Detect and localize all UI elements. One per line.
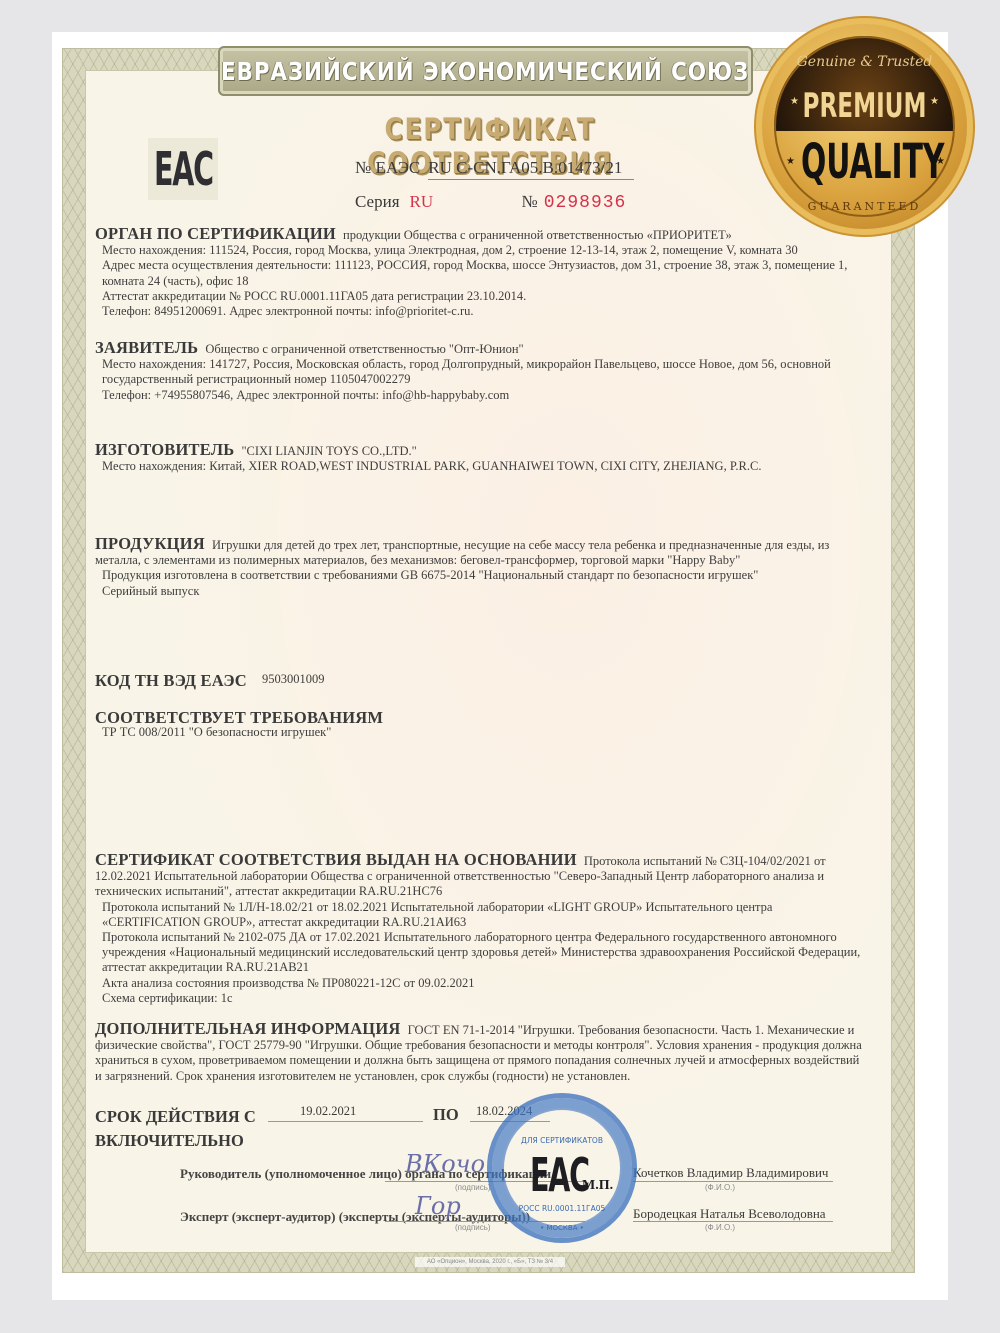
head-name: Кочетков Владимир Владимирович (633, 1165, 828, 1181)
heading-basis: СЕРТИФИКАТ СООТВЕТСТВИЯ ВЫДАН НА ОСНОВАН… (95, 850, 577, 869)
requirements-value: ТР ТС 008/2011 "О безопасности игрушек" (95, 725, 865, 740)
product-standard: Продукция изготовлена в соответствии с т… (95, 568, 865, 583)
reg-value: RU C-CN.ГА05.В.01473/21 (428, 158, 634, 180)
series-number: Серия RU № 0298936 (355, 192, 626, 213)
section-requirements: СООТВЕТСТВУЕТ ТРЕБОВАНИЯМ ТР ТС 008/2011… (95, 710, 865, 740)
certification-body-activity-address: Адрес места осуществления деятельности: … (95, 258, 865, 288)
basis-protocol-3: Протокола испытаний № 2102-075 ДА от 17.… (95, 930, 865, 976)
product-production-type: Серийный выпуск (95, 584, 865, 599)
premium-quality-badge: Genuine & Trusted PREMIUM QUALITY GUARAN… (762, 24, 967, 229)
official-stamp: ДЛЯ СЕРТИФИКАТОВ EAC М.П. РОСС RU.0001.1… (487, 1093, 637, 1243)
head-signature: ВКочо (405, 1150, 485, 1178)
star-icon: ★ (930, 96, 939, 107)
star-icon: ★ (786, 156, 795, 167)
applicant-name: Общество с ограниченной ответственностью… (205, 342, 523, 356)
validity-label: СРОК ДЕЙСТВИЯ С ВКЛЮЧИТЕЛЬНО (95, 1105, 256, 1153)
printer-imprint: АО «Опцион», Москва, 2020 г., «Б», ТЗ № … (415, 1257, 565, 1267)
section-hs-code: КОД ТН ВЭД ЕАЭС 9503001009 (95, 672, 865, 690)
badge-quality: QUALITY (801, 138, 928, 186)
manufacturer-name: "CIXI LIANJIN TOYS CO.,LTD." (241, 444, 416, 458)
heading-requirements: СООТВЕТСТВУЕТ ТРЕБОВАНИЯМ (95, 710, 865, 725)
basis-protocol-2: Протокола испытаний № 1Л/Н-18.02/21 от 1… (95, 900, 865, 930)
eac-logo-icon: EAC (148, 138, 218, 200)
signature-caption: (подпись) (455, 1183, 491, 1192)
manufacturer-address: Место нахождения: Китай, XIER ROAD,WEST … (95, 459, 865, 474)
heading-manufacturer: ИЗГОТОВИТЕЛЬ (95, 440, 234, 459)
star-icon: ★ (790, 96, 799, 107)
section-additional-info: ДОПОЛНИТЕЛЬНАЯ ИНФОРМАЦИЯ ГОСТ EN 71-1-2… (95, 1021, 865, 1084)
badge-guaranteed: GUARANTEED (762, 200, 967, 213)
certification-body-address: Место нахождения: 111524, Россия, город … (95, 243, 865, 258)
applicant-address: Место нахождения: 141727, Россия, Москов… (95, 357, 865, 387)
expert-name: Бородецкая Наталья Всеволодовна (633, 1206, 826, 1222)
heading-additional-info: ДОПОЛНИТЕЛЬНАЯ ИНФОРМАЦИЯ (95, 1019, 401, 1038)
stamp-eac-icon: EAC (530, 1148, 589, 1202)
badge-premium: PREMIUM (795, 86, 934, 126)
number-value: 0298936 (544, 193, 627, 213)
certification-body-accreditation: Аттестат аккредитации № РОСС RU.0001.11Г… (95, 289, 865, 304)
star-icon: ★ (936, 156, 945, 167)
registration-number: № ЕАЭС RU C-CN.ГА05.В.01473/21 (355, 158, 634, 180)
name-caption: (Ф.И.О.) (705, 1183, 735, 1192)
certification-body-contacts: Телефон: 84951200691. Адрес электронной … (95, 304, 865, 319)
series-label: Серия (355, 192, 400, 212)
section-manufacturer: ИЗГОТОВИТЕЛЬ "CIXI LIANJIN TOYS CO.,LTD.… (95, 442, 865, 474)
expert-signature: Гор (415, 1192, 461, 1220)
validity-to-label: ПО (433, 1105, 459, 1125)
section-applicant: ЗАЯВИТЕЛЬ Общество с ограниченной ответс… (95, 340, 865, 403)
section-basis: СЕРТИФИКАТ СООТВЕТСТВИЯ ВЫДАН НА ОСНОВАН… (95, 852, 865, 1006)
certification-body-name: продукции Общества с ограниченной ответс… (343, 228, 732, 242)
basis-certification-scheme: Схема сертификации: 1с (95, 991, 865, 1006)
signature-caption: (подпись) (455, 1223, 491, 1232)
heading-applicant: ЗАЯВИТЕЛЬ (95, 338, 198, 357)
heading-certification-body: ОРГАН ПО СЕРТИФИКАЦИИ (95, 224, 336, 243)
hs-code-value: 9503001009 (262, 672, 325, 686)
applicant-contacts: Телефон: +74955807546, Адрес электронной… (95, 388, 865, 403)
union-title: ЕВРАЗИЙСКИЙ ЭКОНОМИЧЕСКИЙ СОЮЗ (221, 57, 749, 86)
number-label: № (522, 192, 538, 212)
section-product: ПРОДУКЦИЯ Игрушки для детей до трех лет,… (95, 536, 865, 599)
section-certification-body: ОРГАН ПО СЕРТИФИКАЦИИ продукции Общества… (95, 226, 865, 319)
union-banner: ЕВРАЗИЙСКИЙ ЭКОНОМИЧЕСКИЙ СОЮЗ (218, 46, 753, 96)
validity-from-date: 19.02.2021 (268, 1104, 423, 1122)
heading-product: ПРОДУКЦИЯ (95, 534, 205, 553)
name-caption: (Ф.И.О.) (705, 1223, 735, 1232)
basis-production-analysis: Акта анализа состояния производства № ПР… (95, 976, 865, 991)
heading-hs-code: КОД ТН ВЭД ЕАЭС (95, 671, 247, 690)
product-description: Игрушки для детей до трех лет, транспорт… (95, 538, 829, 567)
reg-label: № ЕАЭС (355, 158, 420, 178)
badge-top-text: Genuine & Trusted (762, 54, 967, 70)
series-value: RU (410, 192, 470, 212)
